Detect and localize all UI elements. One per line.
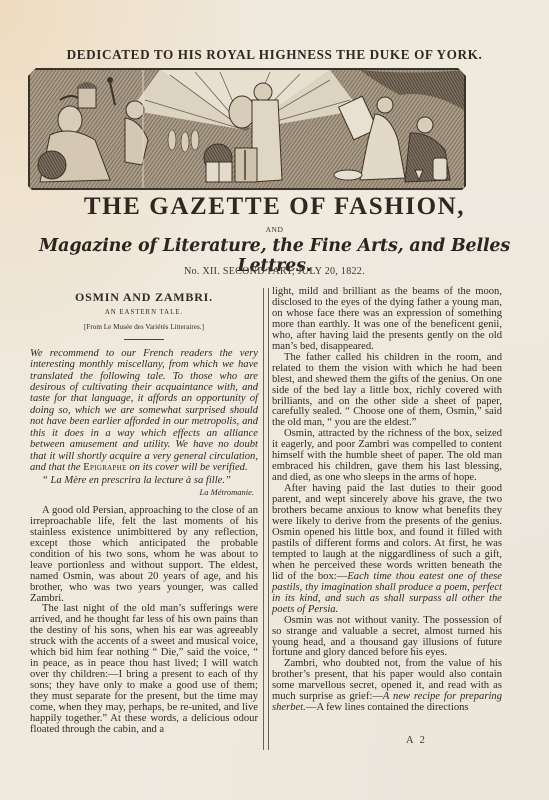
intro-text: We recommend to our French readers the v…: [30, 348, 258, 473]
body-paragraph: After having paid the last duties to the…: [272, 484, 502, 615]
body-paragraph: Osmin, attracted by the richness of the …: [272, 429, 502, 484]
article-source: [From Le Musée des Variétés Litteraires.…: [30, 322, 258, 333]
intro-epigraphe: Epigraphe: [83, 462, 126, 473]
body-paragraph: light, mild and brilliant as the beams o…: [272, 287, 502, 353]
body-paragraph: The father called his children in the ro…: [272, 353, 502, 430]
issue-line: No. XII. SECOND PART, JULY 20, 1822.: [0, 266, 549, 277]
body-paragraph: A good old Persian, approaching to the c…: [30, 506, 258, 605]
paragraph-text: After having paid the last duties to the…: [272, 483, 502, 582]
allegorical-woodcut-image: [30, 70, 464, 188]
body-paragraph: The last night of the old man’s sufferin…: [30, 604, 258, 735]
body-paragraph: Zambri, who doubted not, from the value …: [272, 659, 502, 714]
title-conjunction: AND: [0, 225, 549, 234]
column-divider: [263, 288, 269, 750]
body-paragraph: Osmin was not without vanity. The posses…: [272, 616, 502, 660]
engraving-banner: [28, 68, 466, 190]
editorial-intro: We recommend to our French readers the v…: [30, 348, 258, 473]
paragraph-text-end: —A few lines contained the directions: [306, 702, 469, 713]
signature-mark: A 2: [406, 735, 427, 746]
epigraph-source: La Métromanie.: [30, 487, 258, 498]
article-title: OSMIN AND ZAMBRI.: [30, 292, 258, 303]
article-subtitle: AN EASTERN TALE.: [30, 308, 258, 319]
right-column: light, mild and brilliant as the beams o…: [272, 287, 502, 714]
section-divider: [124, 339, 164, 340]
dedication-line: DEDICATED TO HIS ROYAL HIGHNESS THE DUKE…: [0, 47, 549, 63]
intro-text-end: on its cover will be verified.: [127, 462, 248, 473]
left-column: OSMIN AND ZAMBRI. AN EASTERN TALE. [From…: [30, 292, 258, 736]
magazine-page: DEDICATED TO HIS ROYAL HIGHNESS THE DUKE…: [0, 0, 549, 800]
publication-title: THE GAZETTE OF FASHION,: [0, 193, 549, 221]
epigraph: “ La Mère en prescrira la lecture à sa f…: [30, 475, 258, 487]
